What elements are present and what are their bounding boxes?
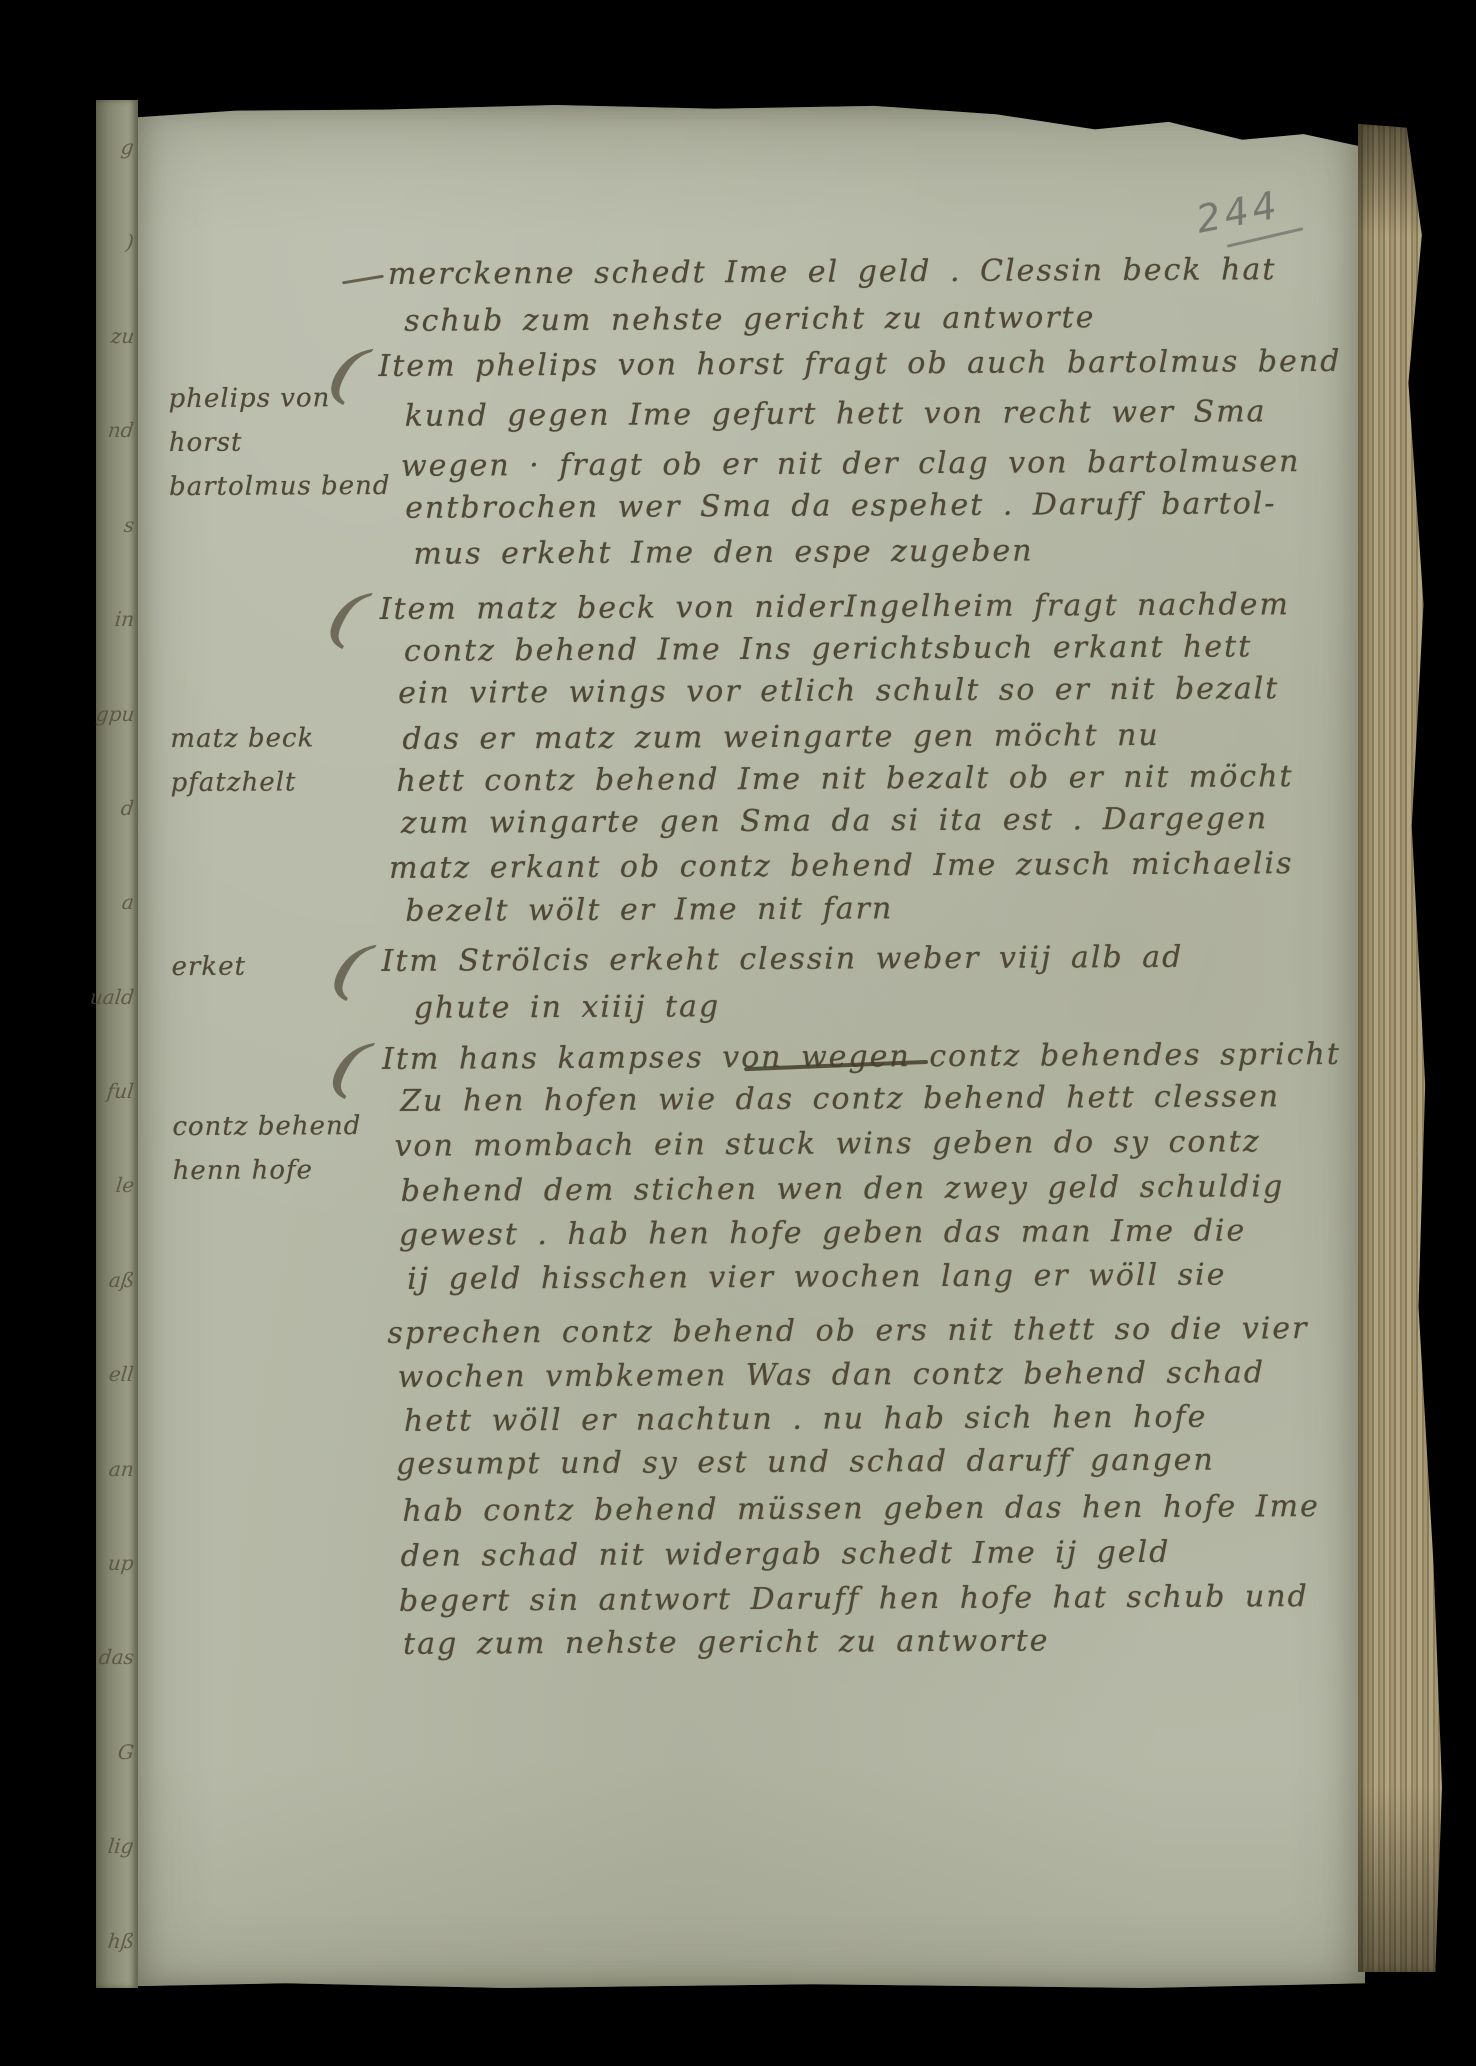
margin-note: erket [171, 945, 246, 989]
edge-text-fragment: ) [125, 232, 135, 252]
manuscript-line: wochen vmbkemen Was dan contz behend sch… [398, 1355, 1266, 1395]
manuscript-line: hett contz behend Ime nit bezalt ob er n… [397, 759, 1294, 799]
margin-note-line: matz beck [170, 716, 314, 761]
edge-text-fragment: gpu [94, 704, 135, 724]
margin-note-line: pfatzhelt [170, 760, 314, 805]
edge-text-fragment: an [108, 1459, 135, 1479]
edge-text-fragment: uald [89, 987, 135, 1007]
paraph-mark: ( [320, 585, 372, 652]
edge-text-fragment: in [114, 609, 135, 629]
margin-note: matz beck pfatzhelt [170, 716, 314, 805]
margin-note: contz behend henn hofe [172, 1104, 361, 1193]
manuscript-line: matz erkant ob contz behend Ime zusch mi… [389, 846, 1294, 886]
manuscript-line: wegen · fragt ob er nit der clag von bar… [401, 444, 1301, 484]
manuscript-line: den schad nit widergab schedt Ime ij gel… [401, 1535, 1171, 1574]
margin-note-line: bartolmus bend [169, 464, 391, 509]
manuscript-line: merckenne schedt Ime el geld . Clessin b… [388, 252, 1277, 292]
manuscript-line: Itm Strölcis erkeht clessin weber viij a… [381, 940, 1183, 979]
manuscript-line: von mombach ein stuck wins geben do sy c… [394, 1124, 1260, 1164]
manuscript-line: gesumpt und sy est und schad daruff gang… [396, 1443, 1215, 1482]
manuscript-line: begert sin antwort Daruff hen hofe hat s… [399, 1579, 1309, 1619]
manuscript-line: tag zum nehste gericht zu antworte [403, 1623, 1050, 1661]
edge-text-fragment: hß [107, 1931, 135, 1951]
edge-text-fragment: das [98, 1647, 135, 1667]
edge-text-fragment: zu [110, 326, 136, 346]
manuscript-line: Item matz beck von niderIngelheim fragt … [380, 587, 1290, 627]
manuscript-line: hab contz behend müssen geben das hen ho… [402, 1489, 1320, 1529]
manuscript-page: 244 ( ( ( ( phelips von horst bartolmus … [138, 104, 1365, 1988]
manuscript-line: behend dem stichen wen den zwey geld sch… [401, 1169, 1285, 1209]
manuscript-line: Item phelips von horst fragt ob auch bar… [378, 344, 1341, 384]
manuscript-line: ghute in xiiij tag [414, 989, 721, 1026]
edge-text-fragment: aß [108, 1270, 135, 1290]
book-fore-edge [1358, 124, 1442, 1972]
margin-note-line: erket [171, 945, 246, 989]
margin-note-line: horst [169, 420, 391, 465]
edge-text-fragment: le [115, 1175, 135, 1195]
edge-text-fragment: nd [107, 420, 135, 440]
edge-text-fragment: lig [107, 1836, 135, 1856]
edge-text-fragment: s [123, 515, 135, 535]
manuscript-line: hett wöll er nachtun . nu hab sich hen h… [404, 1400, 1208, 1439]
margin-note-line: henn hofe [173, 1148, 362, 1193]
paraph-mark: ( [323, 1035, 375, 1102]
manuscript-line: contz behend Ime Ins gerichtsbuch erkant… [404, 629, 1252, 668]
handwritten-text-block: ( ( ( ( phelips von horst bartolmus bend… [133, 101, 1370, 1991]
manuscript-line: sprechen contz behend ob ers nit thett s… [387, 1311, 1308, 1351]
edge-text-fragment: ell [108, 1364, 135, 1384]
edge-text-fragment: g [120, 137, 135, 157]
manuscript-line: das er matz zum weingarte gen möcht nu [402, 718, 1159, 757]
manuscript-line: Zu hen hofen wie das contz behend hett c… [400, 1079, 1280, 1119]
manuscript-line: zum wingarte gen Sma da si ita est . Dar… [401, 801, 1268, 841]
manuscript-line: entbrochen wer Sma da espehet . Daruff b… [405, 486, 1276, 526]
manuscript-line: Itm hans kampses von wegen contz behende… [382, 1037, 1341, 1077]
manuscript-line: bezelt wölt er Ime nit farn [405, 891, 893, 929]
edge-text-fragment: up [107, 1553, 135, 1573]
manuscript-line: ij geld hisschen vier wochen lang er wöl… [407, 1258, 1226, 1297]
previous-page-edge: g ) zu nd s in gpu d a uald ful le aß el… [96, 100, 138, 1988]
edge-text-fragment: a [121, 892, 135, 912]
manuscript-line: ein virte wings vor etlich schult so er … [398, 671, 1279, 711]
manuscript-line: kund gegen Ime gefurt hett von recht wer… [405, 394, 1267, 434]
paraph-mark: ( [324, 937, 376, 1004]
margin-note-line: phelips von [168, 376, 390, 421]
edge-text-fragment: ful [106, 1081, 135, 1101]
margin-note-line: contz behend [172, 1104, 361, 1149]
manuscript-line: schub zum nehste gericht zu antworte [404, 300, 1095, 339]
margin-note: phelips von horst bartolmus bend [168, 376, 390, 509]
line-flourish [342, 275, 384, 285]
manuscript-line: gewest . hab hen hofe geben das man Ime … [399, 1213, 1246, 1252]
edge-text-fragment: d [120, 798, 135, 818]
manuscript-line: mus erkeht Ime den espe zugeben [413, 534, 1033, 572]
manuscript-scan: { "folio": { "number": "244" }, "colors"… [0, 0, 1476, 2066]
edge-text-fragment: G [117, 1742, 135, 1762]
